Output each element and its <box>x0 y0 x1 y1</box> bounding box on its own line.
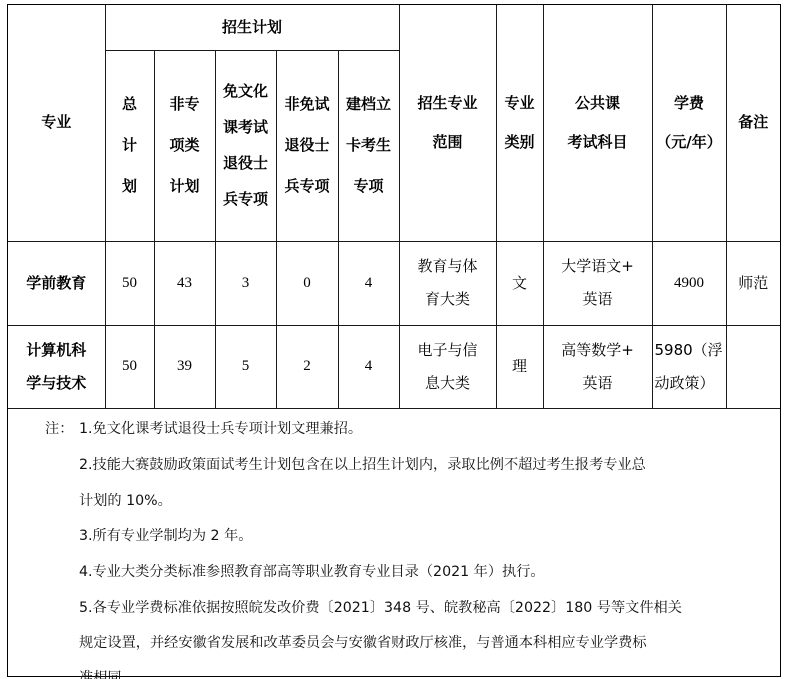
header-enrollment-plan: 招生计划 <box>105 5 399 50</box>
note-5-end: 准相同。 <box>79 671 136 679</box>
header-non-special-plan: 非专项类计划 <box>154 50 215 241</box>
cell-category: 理 <box>496 325 543 408</box>
cell-remark <box>726 325 780 408</box>
cell-tuition: 5980（浮动政策） <box>652 325 726 408</box>
cell-total: 50 <box>105 241 154 325</box>
header-tuition: 学费（元/年） <box>652 5 726 241</box>
note-3: 3.所有专业学制均为 2 年。 <box>79 529 252 543</box>
cell-scope: 教育与体育大类 <box>399 241 496 325</box>
header-total-plan: 总计划 <box>105 50 154 241</box>
header-scope: 招生专业范围 <box>399 5 496 241</box>
header-category: 专业类别 <box>496 5 543 241</box>
header-row-top: 专业 招生计划 招生专业范围 专业类别 公共课考试科目 学费（元/年） 备注 <box>8 5 780 50</box>
enrollment-plan-table: 专业 招生计划 招生专业范围 专业类别 公共课考试科目 学费（元/年） 备注 总… <box>8 5 780 409</box>
cell-tuition: 4900 <box>652 241 726 325</box>
note-1: 1.免文化课考试退役士兵专项计划文理兼招。 <box>79 422 362 436</box>
cell-non-exempt-veteran: 2 <box>276 325 338 408</box>
table-row: 学前教育 50 43 3 0 4 教育与体育大类 文 大学语文+英语 4900 … <box>8 241 780 325</box>
cell-major: 计算机科学与技术 <box>8 325 105 408</box>
cell-exam-subjects: 大学语文+英语 <box>543 241 652 325</box>
note-5: 5.各专业学费标准依据按照皖发改价费〔2021〕348 号、皖教秘高〔2022〕… <box>79 601 682 615</box>
enrollment-plan-document: 专业 招生计划 招生专业范围 专业类别 公共课考试科目 学费（元/年） 备注 总… <box>7 4 781 677</box>
notes-prefix: 注： <box>45 422 73 436</box>
header-exam-subjects: 公共课考试科目 <box>543 5 652 241</box>
cell-exam-subjects: 高等数学+英语 <box>543 325 652 408</box>
cell-category: 文 <box>496 241 543 325</box>
header-remark: 备注 <box>726 5 780 241</box>
header-poverty-plan: 建档立卡考生专项 <box>338 50 399 241</box>
cell-poverty: 4 <box>338 241 399 325</box>
header-major: 专业 <box>8 5 105 241</box>
cell-non-special: 43 <box>154 241 215 325</box>
note-2-continued: 计划的 10%。 <box>79 494 172 508</box>
table-row: 计算机科学与技术 50 39 5 2 4 电子与信息大类 理 高等数学+英语 5… <box>8 325 780 408</box>
cell-poverty: 4 <box>338 325 399 408</box>
header-exempt-veteran-plan: 免文化课考试退役士兵专项 <box>215 50 276 241</box>
note-5-continued: 规定设置，并经安徽省发展和改革委员会与安徽省财政厅核准，与普通本科相应专业学费标 <box>79 636 647 650</box>
cell-remark: 师范 <box>726 241 780 325</box>
cell-scope: 电子与信息大类 <box>399 325 496 408</box>
cell-exempt-veteran: 5 <box>215 325 276 408</box>
note-4: 4.专业大类分类标准参照教育部高等职业教育专业目录（2021 年）执行。 <box>79 565 545 579</box>
cell-non-special: 39 <box>154 325 215 408</box>
cell-non-exempt-veteran: 0 <box>276 241 338 325</box>
header-non-exempt-veteran-plan: 非免试退役士兵专项 <box>276 50 338 241</box>
cell-exempt-veteran: 3 <box>215 241 276 325</box>
cell-total: 50 <box>105 325 154 408</box>
note-2: 2.技能大赛鼓励政策面试考生计划包含在以上招生计划内，录取比例不超过考生报考专业… <box>79 458 646 472</box>
cell-major: 学前教育 <box>8 241 105 325</box>
